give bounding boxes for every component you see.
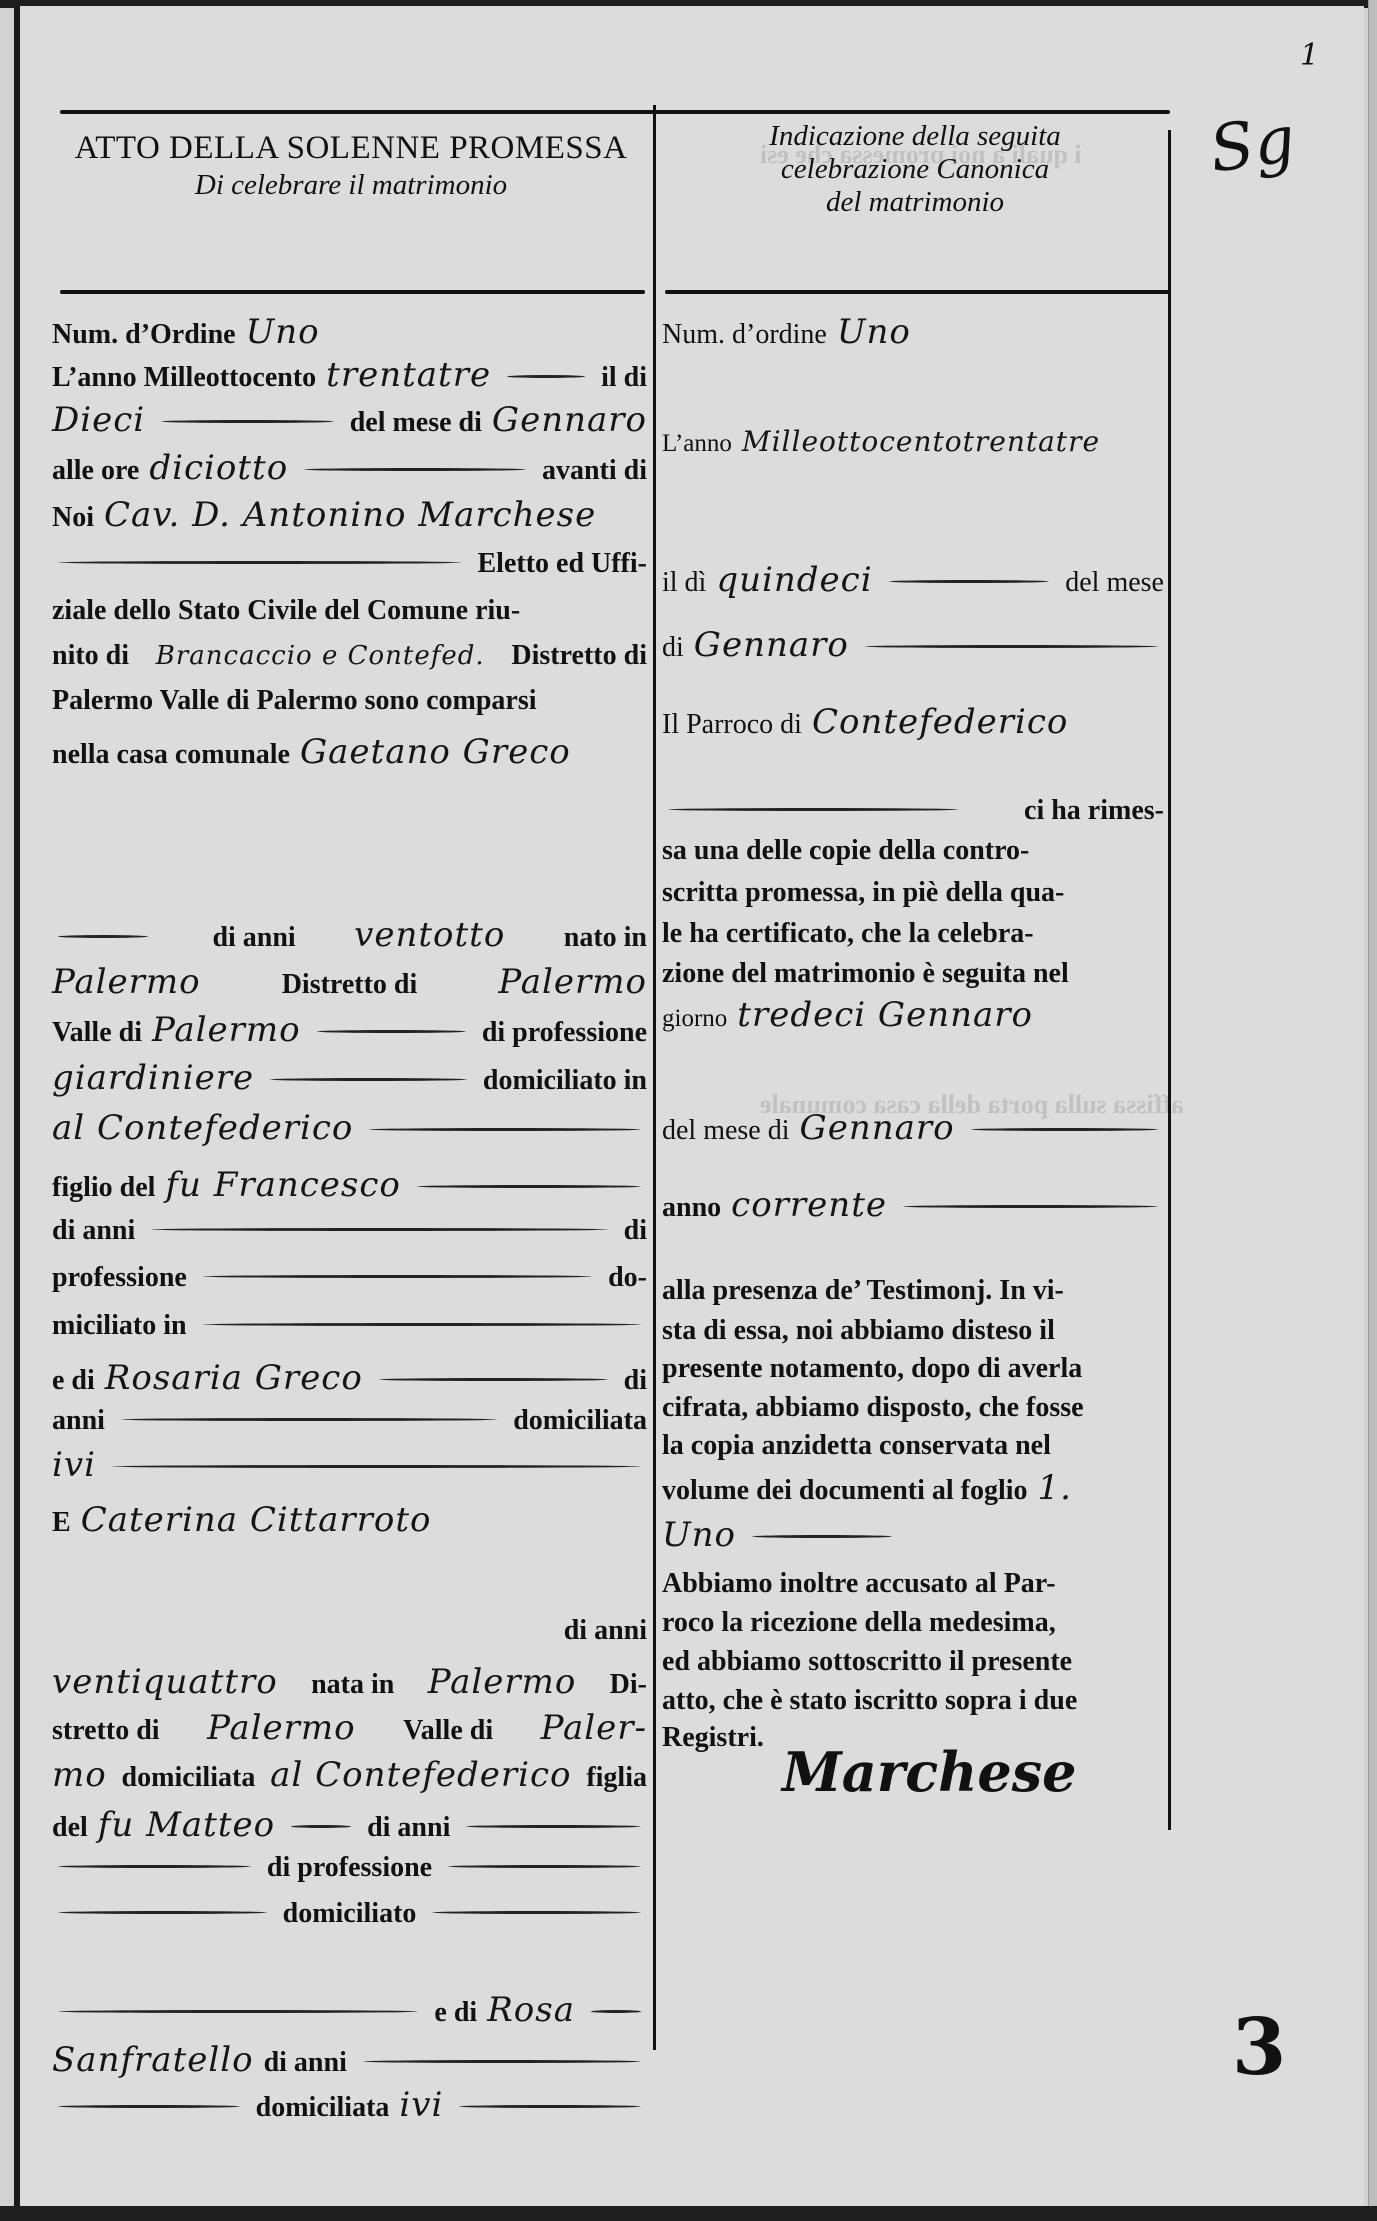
fill-dash <box>112 1465 641 1468</box>
label: alle ore <box>52 455 139 487</box>
margin-mark: 3 <box>1232 2002 1286 2093</box>
bride-father-line: delfu Matteodi anni <box>52 1805 647 1845</box>
fill-dash <box>379 1378 608 1381</box>
handwritten-celebration-year: corrente <box>731 1185 887 1225</box>
fill-dash <box>304 468 526 471</box>
printed-text: scritta promessa, in piè della qua- <box>662 877 1064 909</box>
fill-dash <box>668 808 958 811</box>
fill-dash <box>121 1418 497 1421</box>
mother-domicile-line: ivi <box>52 1445 647 1485</box>
handwritten-bride-mother: Rosa <box>487 1990 575 2030</box>
fill-dash <box>903 1205 1158 1208</box>
printed-text: alla presenza de’ Testimonj. In vi- <box>662 1275 1064 1307</box>
groom-valley-line: Valle diPalermodi professione <box>52 1010 647 1050</box>
groom-profession-line: giardinieredomiciliato in <box>52 1058 647 1098</box>
order-number-line: Num. d’OrdineUno <box>52 312 647 352</box>
label: domiciliata <box>122 1762 256 1794</box>
handwritten-officer-name: Cav. D. Antonino Marchese <box>104 495 596 535</box>
label: domiciliato <box>283 1898 417 1930</box>
label: stretto di <box>52 1715 160 1747</box>
groom-name-line: nella casa comunaleGaetano Greco <box>52 732 647 772</box>
fill-dash <box>432 1911 641 1914</box>
text-line: Palermo Valle di Palermo sono comparsi <box>52 685 647 717</box>
bride-birth-line: ventiquattronata inPalermoDi- <box>52 1662 647 1702</box>
bride-mother-domicile-line: domiciliataivi <box>52 2085 647 2125</box>
printed-text: ed abbiamo sottoscritto il presente <box>662 1646 1072 1678</box>
handwritten-order-number: Uno <box>837 312 911 352</box>
label: Num. d’ordine <box>662 319 827 351</box>
label: del mese di <box>662 1115 790 1147</box>
label: di anni <box>564 1615 647 1647</box>
label: di anni <box>264 2047 347 2079</box>
handwritten-domicile: al Contefederico <box>52 1108 353 1148</box>
label: di anni <box>52 1215 135 1247</box>
handwritten-bride-district: Palermo <box>207 1708 356 1748</box>
groom-domicile-line: al Contefederico <box>52 1108 647 1148</box>
printed-text: Registri. <box>662 1722 764 1754</box>
label: domiciliata <box>513 1405 647 1437</box>
printed-text: roco la ricezione della medesima, <box>662 1607 1056 1639</box>
folio-words-line: Uno <box>662 1515 1164 1555</box>
page-right-edge <box>1368 0 1377 2221</box>
commune-line: nito diBrancaccio e Contefed.Distretto d… <box>52 640 647 672</box>
label: di professione <box>267 1852 432 1884</box>
fill-dash <box>203 1323 641 1326</box>
label: ci ha rimes- <box>1024 795 1164 827</box>
handwritten-district: Palermo <box>498 962 647 1002</box>
bride-age-label-line: di anni <box>52 1615 647 1647</box>
fill-dash <box>58 2105 240 2108</box>
groom-age-line: di anniventottonato in <box>52 915 647 955</box>
fill-dash <box>203 1275 592 1278</box>
label: figlia <box>586 1762 647 1794</box>
label: Distretto di <box>511 640 647 672</box>
label: nella casa comunale <box>52 739 290 771</box>
handwritten-parish: Contefederico <box>812 702 1068 742</box>
fill-dash <box>448 1865 641 1868</box>
label: Il Parroco di <box>662 709 802 741</box>
right-column-border <box>1168 130 1171 1830</box>
printed-text: ziale dello Stato Civile del Comune riu- <box>52 595 520 627</box>
officer-line: NoiCav. D. Antonino Marchese <box>52 495 647 535</box>
celebration-year-line: annocorrente <box>662 1185 1164 1225</box>
text-line: presente notamento, dopo di averla <box>662 1353 1164 1385</box>
label: di <box>624 1215 647 1247</box>
page-bottom-edge <box>0 2206 1377 2221</box>
handwritten-profession: giardiniere <box>52 1058 254 1098</box>
label: do- <box>608 1262 647 1294</box>
bride-mother-line: e diRosa <box>52 1990 647 2030</box>
bride-father-domicile-line: domiciliato <box>52 1898 647 1930</box>
label: Valle di <box>403 1715 493 1747</box>
label: del <box>52 1812 88 1844</box>
handwritten-text: mo <box>52 1755 107 1795</box>
handwritten-order-number: Uno <box>246 312 320 352</box>
year-line: L’annoMilleottocentotrentatre <box>662 425 1164 458</box>
bride-mother-surname-line: Sanfratellodi anni <box>52 2040 647 2080</box>
handwritten-bride-age: ventiquattro <box>52 1662 278 1702</box>
label: nato in <box>564 922 647 954</box>
text-line: Abbiamo inoltre accusato al Par- <box>662 1568 1164 1600</box>
text-line: sa una delle copie della contro- <box>662 835 1164 867</box>
label: di <box>624 1365 647 1397</box>
day-line: il dìquindecidel mese <box>662 560 1164 600</box>
fill-dash <box>291 1825 351 1828</box>
bride-father-profession-line: di professione <box>52 1852 647 1884</box>
label: del mese <box>1065 567 1164 599</box>
order-number-line: Num. d’ordineUno <box>662 312 1164 352</box>
text-line: alla presenza de’ Testimonj. In vi- <box>662 1275 1164 1307</box>
fill-dash <box>317 1030 466 1033</box>
handwritten-bride-mother-surname: Sanfratello <box>52 2040 254 2080</box>
label: anno <box>662 1192 721 1224</box>
handwritten-hour: diciotto <box>149 448 288 488</box>
label: domiciliato in <box>483 1065 647 1097</box>
parish-priest-line: Il Parroco diContefederico <box>662 702 1164 742</box>
folio-line: volume dei documenti al foglio1. <box>662 1468 1164 1508</box>
handwritten-year: Milleottocentotrentatre <box>742 425 1100 458</box>
elected-line: Eletto ed Uffi- <box>52 548 647 580</box>
label: Di- <box>610 1669 647 1701</box>
margin-initials: Sg <box>1205 102 1299 187</box>
fill-dash <box>507 375 585 378</box>
printed-text: sta di essa, noi abbiamo disteso il <box>662 1315 1055 1347</box>
bride-name-line: ECaterina Cittarroto <box>52 1500 647 1540</box>
text-line: ed abbiamo sottoscritto il presente <box>662 1646 1164 1678</box>
label: miciliato in <box>52 1310 187 1342</box>
label: nata in <box>311 1669 394 1701</box>
label: di <box>662 632 684 664</box>
fill-dash <box>466 1825 641 1828</box>
handwritten-text: ivi <box>399 2085 443 2125</box>
printed-text: cifrata, abbiamo disposto, che fosse <box>662 1392 1084 1424</box>
handwritten-bride-birthplace: Palermo <box>428 1662 577 1702</box>
handwritten-groom-name: Gaetano Greco <box>300 732 571 772</box>
label: il dì <box>662 567 706 599</box>
label: anni <box>52 1405 105 1437</box>
fill-dash <box>58 561 461 564</box>
printed-text: Abbiamo inoltre accusato al Par- <box>662 1568 1056 1600</box>
mother-age-line: annidomiciliata <box>52 1405 647 1437</box>
printed-text: zione del matrimonio è seguita nel <box>662 958 1069 990</box>
handwritten-folio-number: 1. <box>1038 1468 1072 1508</box>
groom-father-line: figlio delfu Francesco <box>52 1165 647 1205</box>
label: giorno <box>662 1005 727 1033</box>
month-line: diGennaro <box>662 625 1164 665</box>
fill-dash <box>369 1128 641 1131</box>
fill-dash <box>459 2105 641 2108</box>
fill-dash <box>865 645 1158 648</box>
bride-district-line: stretto diPalermoValle diPaler- <box>52 1708 647 1748</box>
printed-text: atto, che è stato iscritto sopra i due <box>662 1685 1077 1717</box>
handwritten-folio-words: Uno <box>662 1515 736 1555</box>
handwritten-bride-valley: Paler- <box>541 1708 647 1748</box>
label: Num. d’Ordine <box>52 319 236 351</box>
fill-dash <box>161 420 334 423</box>
label: di anni <box>212 922 295 954</box>
officer-signature: Marchese <box>782 1740 1076 1804</box>
label: avanti di <box>542 455 647 487</box>
fill-dash <box>270 1078 467 1081</box>
father-age-line: di annidi <box>52 1215 647 1247</box>
label: e di <box>434 1997 477 2029</box>
text-line: sta di essa, noi abbiamo disteso il <box>662 1315 1164 1347</box>
label: di anni <box>367 1812 450 1844</box>
label: volume dei documenti al foglio <box>662 1475 1028 1507</box>
printed-text: le ha certificato, che la celebra- <box>662 918 1034 950</box>
label: L’anno <box>662 430 732 458</box>
fill-dash <box>58 2010 418 2013</box>
fill-dash <box>752 1535 892 1538</box>
label: Valle di <box>52 1017 142 1049</box>
delivered-line: ci ha rimes- <box>662 795 1164 827</box>
handwritten-bride-domicile: al Contefederico <box>270 1755 571 1795</box>
handwritten-month: Gennaro <box>694 625 849 665</box>
label: L’anno Milleottocento <box>52 362 316 394</box>
celebration-day-line: giornotredeci Gennaro <box>662 995 1164 1035</box>
page-number: 1 <box>1300 38 1319 73</box>
bride-domicile-line: modomiciliataal Contefedericofiglia <box>52 1755 647 1795</box>
fill-dash <box>889 580 1050 583</box>
text-line: zione del matrimonio è seguita nel <box>662 958 1164 990</box>
father-domicile-line: miciliato in <box>52 1310 647 1342</box>
label: di professione <box>482 1017 647 1049</box>
label: Eletto ed Uffi- <box>477 548 647 580</box>
handwritten-month: Gennaro <box>492 400 647 440</box>
fill-dash <box>58 935 148 938</box>
handwritten-bride-name: Caterina Cittarroto <box>81 1500 432 1540</box>
canonical-celebration-body: Num. d’ordineUno L’annoMilleottocentotre… <box>662 0 1164 2200</box>
label: domiciliata <box>256 2092 390 2124</box>
text-line: atto, che è stato iscritto sopra i due <box>662 1685 1164 1717</box>
text-line: ziale dello Stato Civile del Comune riu- <box>52 595 647 627</box>
handwritten-celebration-day: tredeci Gennaro <box>737 995 1033 1035</box>
printed-text: presente notamento, dopo di averla <box>662 1353 1082 1385</box>
label: il di <box>601 362 647 394</box>
fill-dash <box>363 2060 641 2063</box>
text-line: scritta promessa, in piè della qua- <box>662 877 1164 909</box>
handwritten-year: trentatre <box>326 355 491 395</box>
fill-dash <box>58 1911 267 1914</box>
father-profession-line: professionedo- <box>52 1262 647 1294</box>
label: del mese di <box>350 407 482 439</box>
handwritten-bride-father: fu Matteo <box>98 1805 275 1845</box>
text-line: la copia anzidetta conservata nel <box>662 1430 1164 1462</box>
label: figlio del <box>52 1172 155 1204</box>
label: professione <box>52 1262 187 1294</box>
fill-dash <box>971 1128 1158 1131</box>
groom-mother-line: e diRosaria Grecodi <box>52 1358 647 1398</box>
handwritten-celebration-month: Gennaro <box>800 1108 955 1148</box>
handwritten-valley: Palermo <box>152 1010 301 1050</box>
fill-dash <box>417 1185 641 1188</box>
fill-dash <box>151 1228 607 1231</box>
handwritten-mother-domicile: ivi <box>52 1445 96 1485</box>
handwritten-day: quindeci <box>716 560 872 600</box>
printed-text: Palermo Valle di Palermo sono comparsi <box>52 685 537 717</box>
handwritten-day: Dieci <box>52 400 145 440</box>
label: Noi <box>52 502 94 534</box>
promise-act-body: Num. d’OrdineUno L’anno Milleottocentotr… <box>52 0 647 2200</box>
handwritten-groom-age: ventotto <box>354 915 505 955</box>
celebration-month-line: del mese diGennaro <box>662 1108 1164 1148</box>
day-month-line: Diecidel mese diGennaro <box>52 400 647 440</box>
label: Distretto di <box>282 969 418 1001</box>
handwritten-birthplace: Palermo <box>52 962 201 1002</box>
fill-dash <box>591 2010 641 2013</box>
handwritten-father-name: fu Francesco <box>165 1165 400 1205</box>
hour-line: alle orediciottoavanti di <box>52 448 647 488</box>
column-divider <box>653 105 656 2050</box>
label: E <box>52 1507 71 1539</box>
text-line: roco la ricezione della medesima, <box>662 1607 1164 1639</box>
printed-text: sa una delle copie della contro- <box>662 835 1029 867</box>
printed-text: la copia anzidetta conservata nel <box>662 1430 1051 1462</box>
label: e di <box>52 1365 95 1397</box>
text-line: cifrata, abbiamo disposto, che fosse <box>662 1392 1164 1424</box>
label: nito di <box>52 640 129 672</box>
year-line: L’anno Milleottocentotrentatreil di <box>52 355 647 395</box>
handwritten-commune: Brancaccio e Contefed. <box>156 641 485 671</box>
text-line: le ha certificato, che la celebra- <box>662 918 1164 950</box>
fill-dash <box>58 1865 251 1868</box>
groom-birthplace-line: PalermoDistretto diPalermo <box>52 962 647 1002</box>
handwritten-mother-name: Rosaria Greco <box>105 1358 363 1398</box>
